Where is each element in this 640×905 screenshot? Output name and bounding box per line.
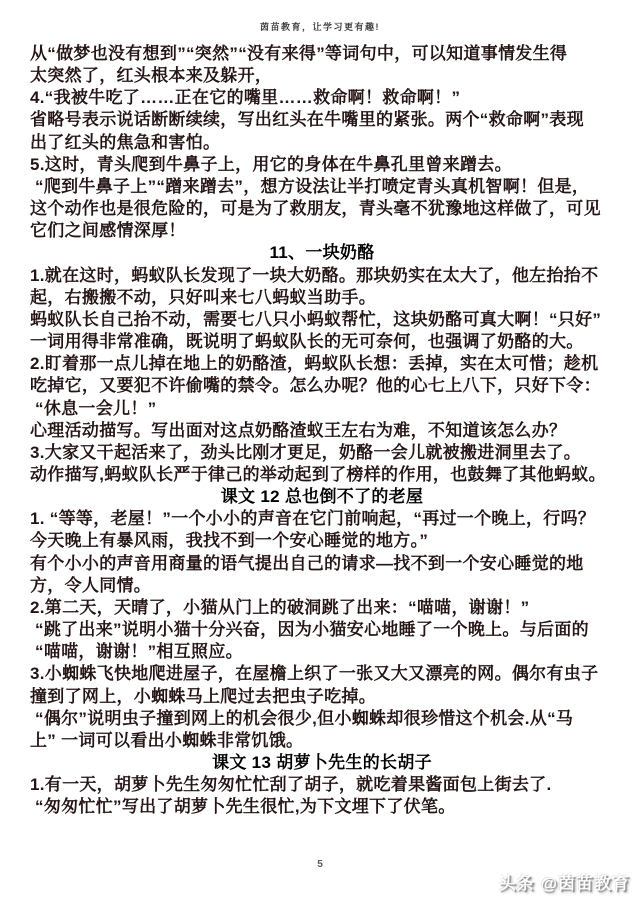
toutiao-watermark: 头条 @茵苗教育 xyxy=(499,869,630,894)
text-line: 它们之间感情深厚！ xyxy=(30,220,614,242)
text-line: 出了红头的焦急和害怕。 xyxy=(30,132,614,154)
text-line: 蚂蚁队长自己抬不动，需要七八只小蚂蚁帮忙，这块奶酪可真大啊！“只好” xyxy=(30,309,614,331)
text-line: 5.这时，青头爬到牛鼻子上，用它的身体在牛鼻孔里曾来蹭去。 xyxy=(30,154,614,176)
text-line: 上” 一词可以看出小蜘蛛非常饥饿。 xyxy=(30,730,614,752)
text-line: 从“做梦也没有想到”“突然”“没有来得”等词句中，可以知道事情发生得 xyxy=(30,43,614,65)
text-line: “喵喵，谢谢！”相互照应。 xyxy=(30,641,614,663)
text-line: 2.第二天，天晴了，小猫从门上的破洞跳了出来：“喵喵，谢谢！” xyxy=(30,597,614,619)
text-line: 这个动作也是很危险的，可是为了救朋友，青头毫不犹豫地这样做了，可见 xyxy=(30,198,614,220)
text-line: 有个小小的声音用商量的语气提出自己的请求—找不到一个安心睡觉的地 xyxy=(30,553,614,575)
text-line: “爬到牛鼻子上”“蹭来蹭去”，想方设法让半打喷定青头真机智啊！但是， xyxy=(30,176,614,198)
header-slogan: 茵苗教育，让学习更有趣! xyxy=(0,20,640,33)
text-line: 一词用得非常准确，既说明了蚂蚁队长的无可奈何，也强调了奶酪的大。 xyxy=(30,331,614,353)
text-line: 1.就在这时，蚂蚁队长发现了一块大奶酪。那块奶实在太大了，他左抬抬不 xyxy=(30,265,614,287)
text-line: “跳了出来”说明小猫十分兴奋，因为小猫安心地睡了一个晚上。与后面的 xyxy=(30,619,614,641)
text-line: 动作描写,蚂蚁队长严于律己的举动起到了榜样的作用，也鼓舞了其他蚂蚁。 xyxy=(30,464,614,486)
text-line: 撞到了网上，小蜘蛛马上爬过去把虫子吃掉。 xyxy=(30,686,614,708)
text-line: “休息一会儿！” xyxy=(30,398,614,420)
text-line: 起，右搬搬不动，只好叫来七八蚂蚁当助手。 xyxy=(30,287,614,309)
text-line: 省略号表示说话断断续续，写出红头在牛嘴里的紧张。两个“救命啊”表现 xyxy=(30,109,614,131)
text-line: 3.小蜘蛛飞快地爬进屋子，在屋檐上织了一张又大又漂亮的网。偶尔有虫子 xyxy=(30,663,614,685)
text-line: 心理活动描写。写出面对这点奶酪渣蚁王左右为难，不知道该怎么办？ xyxy=(30,420,614,442)
text-line: 2.盯着那一点儿掉在地上的奶酪渣，蚂蚁队长想：丢掉，实在太可惜；趁机 xyxy=(30,353,614,375)
document-body: 从“做梦也没有想到”“突然”“没有来得”等词句中，可以知道事情发生得太突然了，红… xyxy=(30,43,614,818)
text-line: 3.大家又干起活来了，劲头比刚才更足，奶酪一会儿就被搬进洞里去了。 xyxy=(30,442,614,464)
text-line: 今天晚上有暴风雨，我找不到一个安心睡觉的地方。” xyxy=(30,530,614,552)
text-line: 吃掉它，又要犯不许偷嘴的禁令。怎么办呢？他的心七上八下，只好下令： xyxy=(30,375,614,397)
text-line: 1. “等等，老屋！”一个小小的声音在它门前响起，“再过一个晚上，行吗？ xyxy=(30,508,614,530)
text-line: “匆匆忙忙”写出了胡萝卜先生很忙,为下文埋下了伏笔。 xyxy=(30,796,614,818)
section-heading: 课文 12 总也倒不了的老屋 xyxy=(30,486,614,508)
text-line: 方，令人同情。 xyxy=(30,575,614,597)
text-line: 4.“我被牛吃了……正在它的嘴里……救命啊！救命啊！” xyxy=(30,87,614,109)
text-line: “偶尔”说明虫子撞到网上的机会很少,但小蜘蛛却很珍惜这个机会.从“马 xyxy=(30,708,614,730)
text-line: 太突然了，红头根本来及躲开， xyxy=(30,65,614,87)
section-heading: 11、一块奶酪 xyxy=(30,242,614,264)
section-heading: 课文 13 胡萝卜先生的长胡子 xyxy=(30,752,614,774)
text-line: 1.有一天，胡萝卜先生匆匆忙忙刮了胡子，就吃着果酱面包上街去了. xyxy=(30,774,614,796)
document-page: 茵苗教育，让学习更有趣! 从“做梦也没有想到”“突然”“没有来得”等词句中，可以… xyxy=(0,0,640,905)
